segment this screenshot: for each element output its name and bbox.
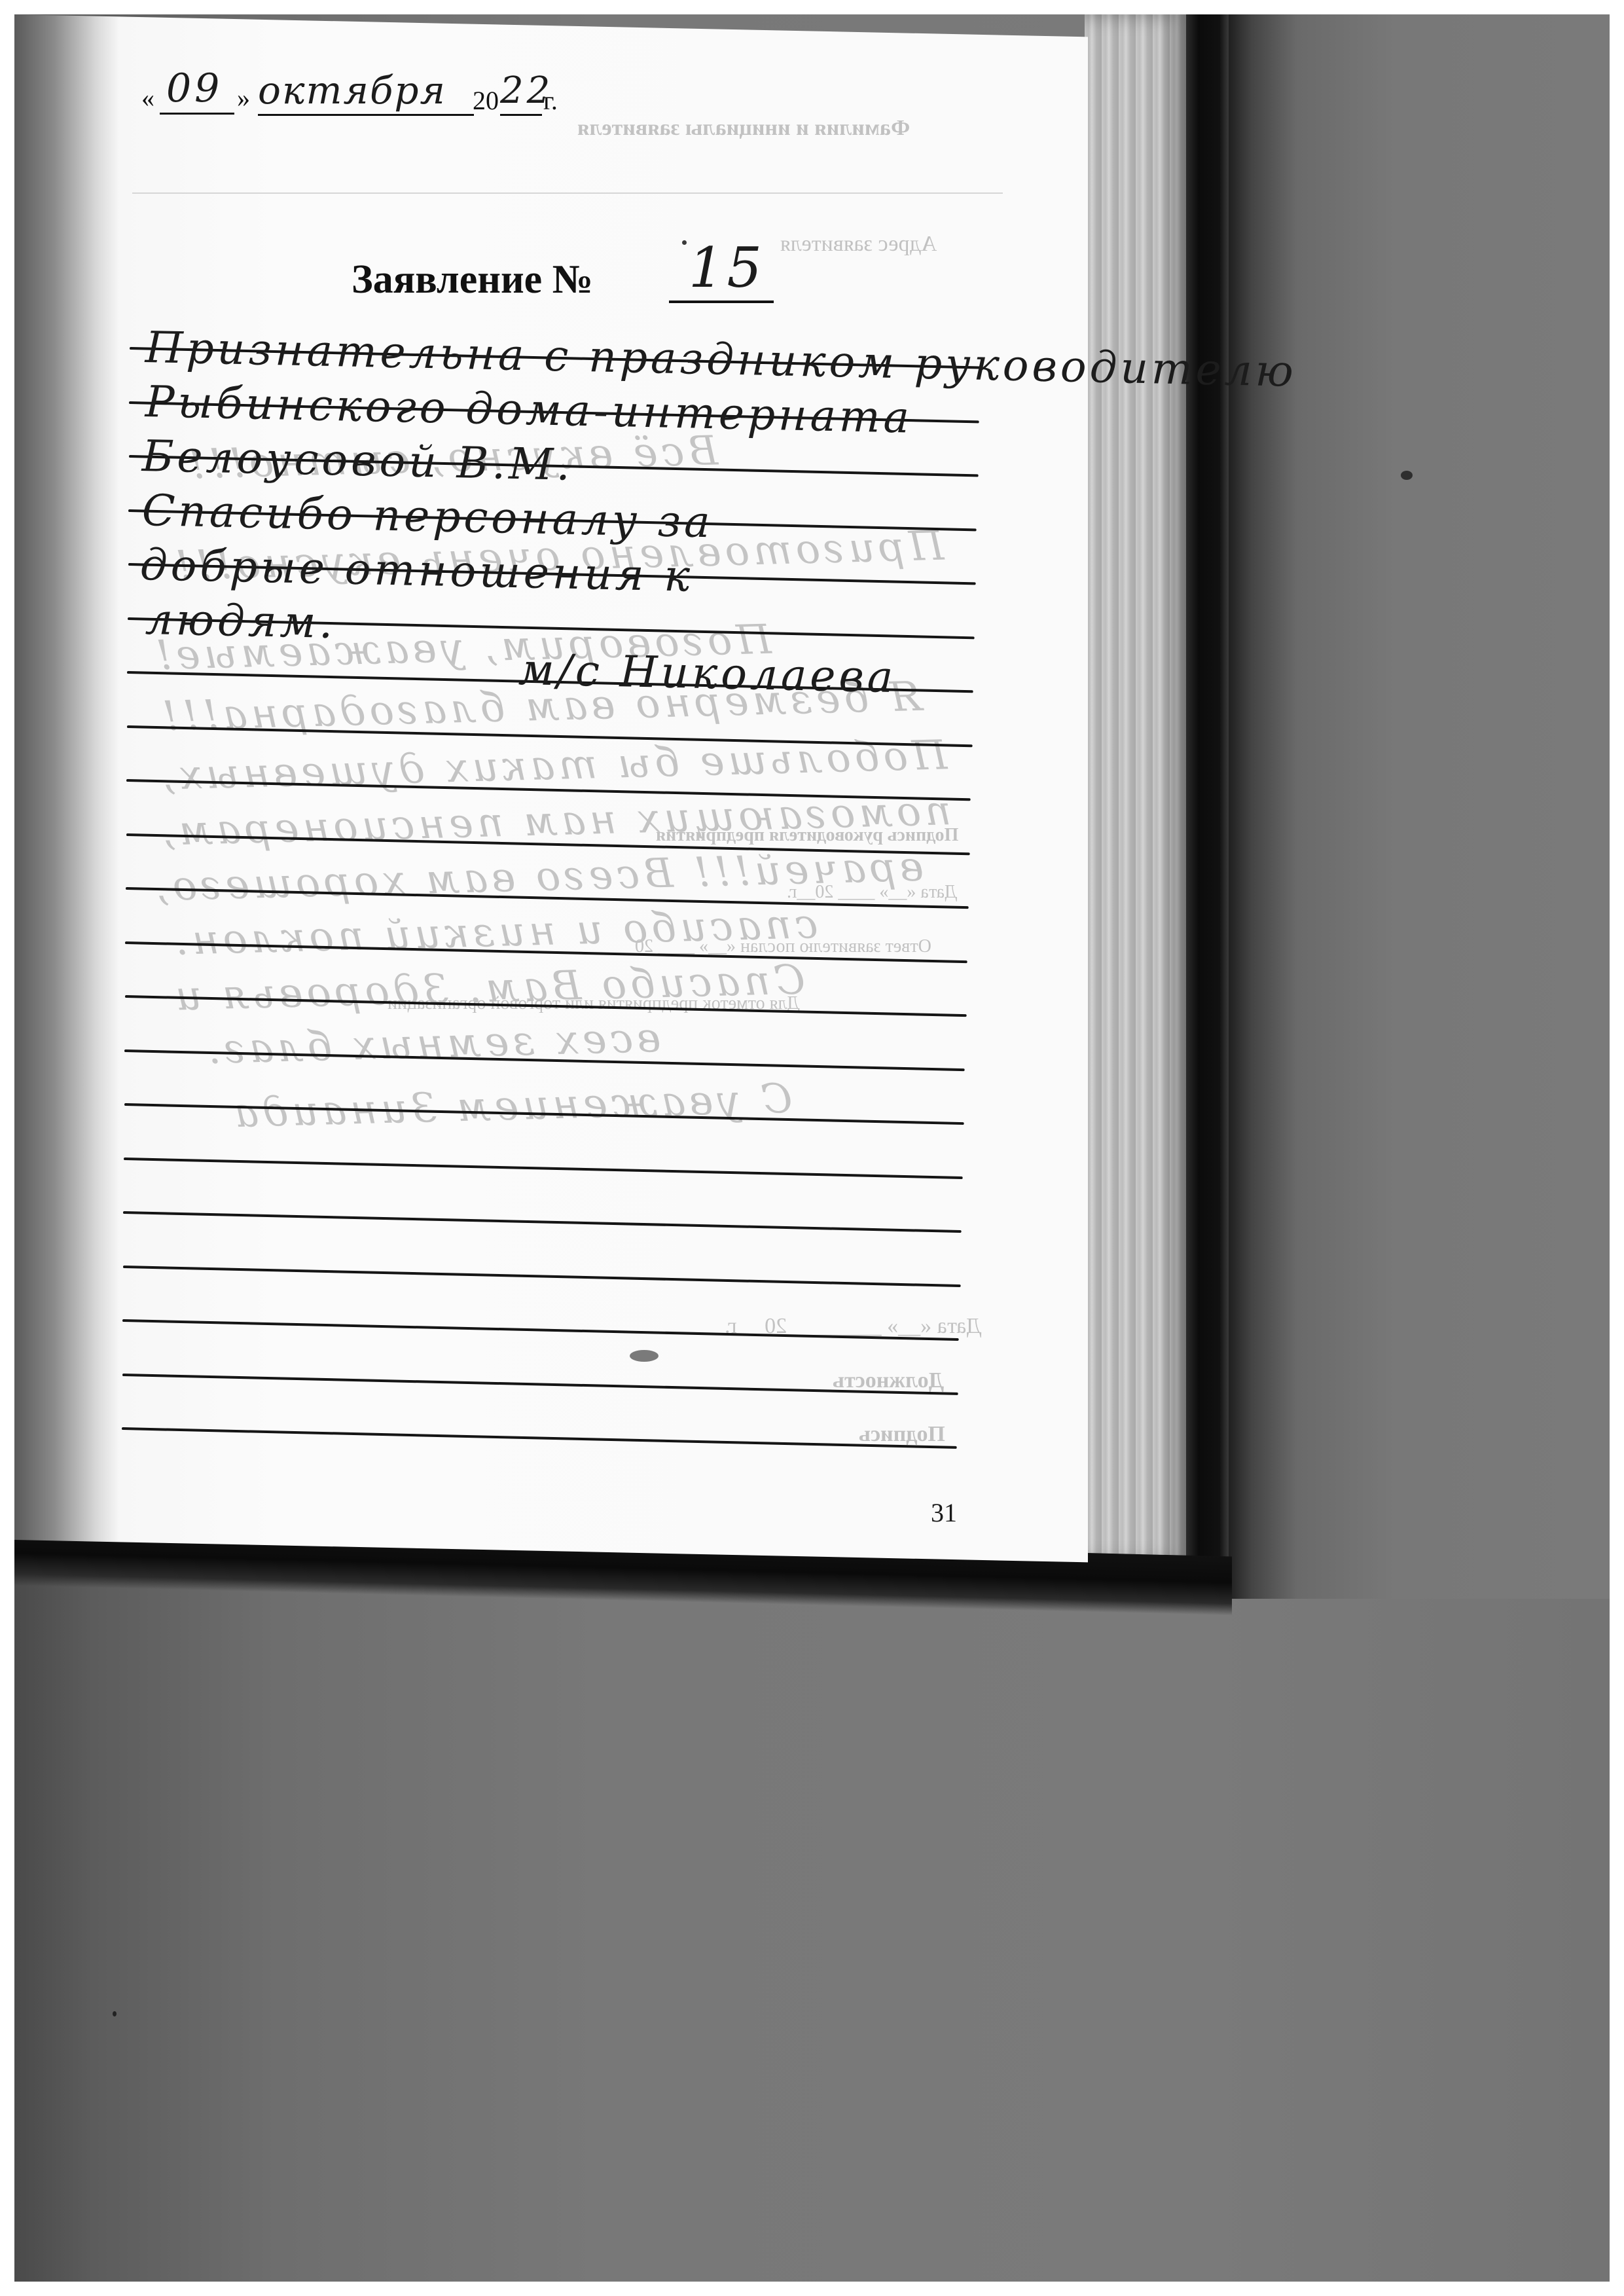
background-speck — [1401, 471, 1413, 480]
notebook-page: Фамилия и инициалы заявителя Адрес заяви… — [14, 14, 1088, 1562]
page-title: Заявление № — [352, 257, 593, 303]
bleed-label: Фамилия и инициалы заявителя — [577, 116, 910, 141]
bleed-handwriting: С уважением Зинаида — [230, 1074, 793, 1137]
background-speck — [113, 2011, 117, 2016]
handwritten-line: Белоусовой В.М. — [141, 431, 573, 490]
ink-speck — [682, 240, 687, 245]
ruled-line — [124, 1157, 963, 1179]
ruled-line — [123, 1266, 960, 1287]
date-month: октября — [258, 68, 446, 113]
signature: м/с Николаева — [518, 644, 897, 702]
handwritten-line: добрые отношения к — [139, 539, 694, 602]
bleed-label: Адрес заявителя — [780, 232, 937, 257]
page-stack-edge — [1085, 14, 1186, 1563]
ink-speck — [630, 1350, 659, 1362]
page-number: 31 — [931, 1497, 957, 1528]
date-year-mark: г. — [543, 85, 558, 116]
bleed-label: Подпись — [859, 1422, 945, 1447]
handwritten-line: Спасибо персоналу за — [141, 485, 713, 547]
background-surface — [1225, 14, 1610, 1599]
handwritten-line: людям. — [145, 594, 336, 648]
ruled-line — [122, 1427, 957, 1449]
book-cover-edge-right — [1183, 14, 1229, 1592]
date-day-underline — [160, 113, 234, 115]
ruled-line — [123, 1211, 962, 1233]
statement-number-underline — [669, 301, 774, 303]
date-day: 09 — [166, 65, 223, 111]
date-month-underline — [258, 114, 474, 116]
bleed-rule — [132, 192, 1003, 194]
date-century: 20 — [473, 85, 499, 116]
bleed-handwriting: всех земных благ. — [204, 1013, 661, 1073]
statement-number: 15 — [689, 236, 765, 300]
date-year-underline — [500, 114, 542, 116]
scanned-page: Фамилия и инициалы заявителя Адрес заяви… — [14, 14, 1610, 2282]
date-close-quote: » — [237, 82, 250, 113]
date-open-quote: « — [141, 82, 154, 113]
